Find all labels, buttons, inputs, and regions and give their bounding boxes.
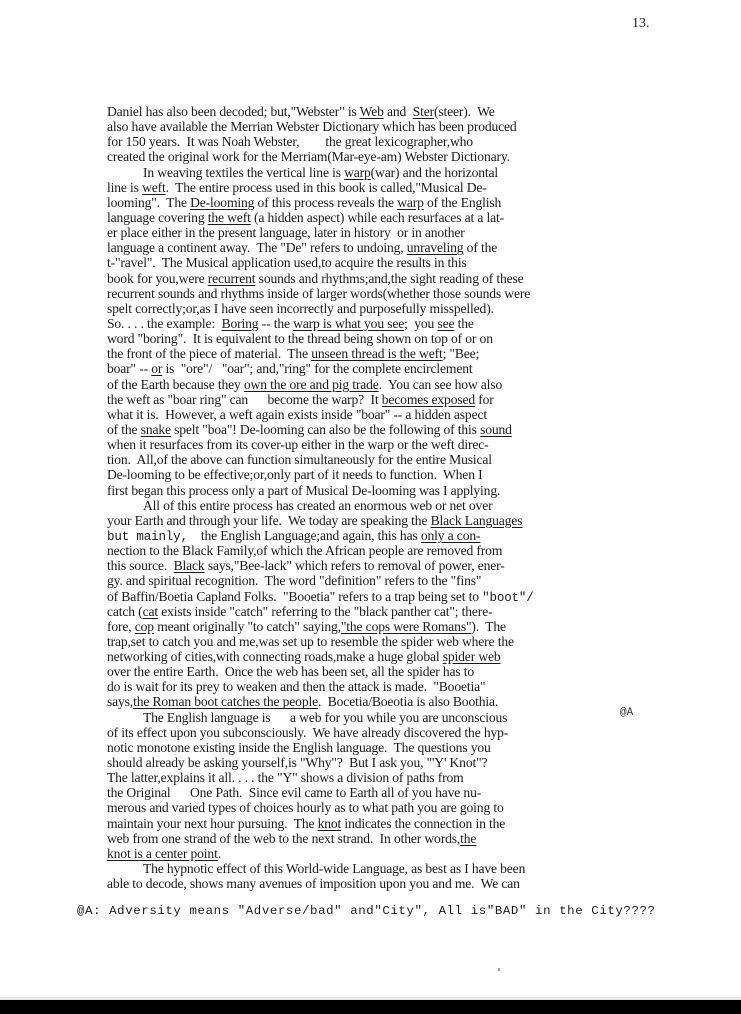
text-line: recurrent sounds and rhythms inside of l… — [107, 286, 707, 301]
text-segment: notic monotone existing inside the Engli… — [107, 740, 491, 755]
text-segment: should already be asking yourself,is "Wh… — [107, 755, 487, 770]
text-segment: merous and varied types of choices hourl… — [107, 800, 504, 815]
text-segment: the — [454, 316, 473, 331]
text-segment: able to decode, shows many avenues of im… — [107, 876, 520, 891]
underlined-text: spider web — [443, 649, 501, 664]
underlined-text: own the ore and pig trade — [244, 377, 379, 392]
text-line: gy. and spiritual recognition. The word … — [107, 573, 707, 588]
text-segment: of the — [107, 422, 141, 437]
text-line: The English language is a web for you wh… — [107, 710, 707, 725]
text-segment: of its effect upon you subconsciously. W… — [107, 725, 508, 740]
text-segment: first began this process only a part of … — [107, 483, 500, 498]
underlined-text: Ster — [413, 104, 434, 119]
text-line: line is weft. The entire process used in… — [107, 180, 707, 195]
text-segment: sounds and rhythms;and,the sight reading… — [255, 271, 523, 286]
text-segment: created the original work for the Merria… — [107, 149, 510, 164]
text-line: knot is a center point. — [107, 846, 707, 861]
text-segment: of this process reveals the — [254, 195, 397, 210]
text-segment: De-looming to be effective;or,only part … — [107, 467, 482, 482]
text-line: first began this process only a part of … — [107, 483, 707, 498]
text-line: the Original One Path. Since evil came t… — [107, 785, 707, 800]
text-line: when it resurfaces from its cover-up eit… — [107, 437, 707, 452]
underlined-text: only a con- — [421, 528, 481, 543]
text-line: merous and varied types of choices hourl… — [107, 800, 707, 815]
text-segment: (a hidden aspect) while each resurfaces … — [251, 210, 504, 225]
text-line: of the snake spelt "boa"! De-looming can… — [107, 422, 707, 437]
body-text: Daniel has also been decoded; but,"Webst… — [107, 104, 707, 891]
text-segment: maintain your next hour pursuing. The — [107, 816, 318, 831]
text-line: maintain your next hour pursuing. The kn… — [107, 816, 707, 831]
text-line: fore, cop meant originally "to catch" sa… — [107, 619, 707, 634]
underlined-text: Black — [174, 558, 205, 573]
underlined-text: warp — [397, 195, 424, 210]
footnote: @A: Adversity means "Adverse/bad" and"Ci… — [77, 904, 656, 918]
text-segment: spelt correctly;or,as I have seen incorr… — [107, 301, 494, 316]
text-segment: "boot"/ — [482, 591, 533, 605]
text-segment: of the English — [424, 195, 501, 210]
underlined-text: the Roman boot catches the people — [133, 694, 318, 709]
text-line: also have available the Merrian Webster … — [107, 119, 707, 134]
text-line: All of this entire process has created a… — [107, 498, 707, 513]
underlined-text: cop — [135, 619, 154, 634]
text-segment: tion. All,of the above can function simu… — [107, 452, 492, 467]
text-segment: meant originally "to catch" saying, — [154, 619, 341, 634]
text-line: says,the Roman boot catches the people. … — [107, 694, 707, 709]
underlined-text: Black Languages — [431, 513, 523, 528]
text-segment: In weaving textiles the vertical line is — [143, 165, 344, 180]
text-segment: says,"Bee-lack" which refers to removal … — [205, 558, 505, 573]
text-segment: this source. — [107, 558, 174, 573]
text-line: for 150 years. It was Noah Webster, the … — [107, 134, 707, 149]
text-line: should already be asking yourself,is "Wh… — [107, 755, 707, 770]
text-segment: fore, — [107, 619, 135, 634]
text-segment: ; you — [404, 316, 437, 331]
underlined-text: the — [460, 831, 476, 846]
text-line: spelt correctly;or,as I have seen incorr… — [107, 301, 707, 316]
underlined-text: becomes exposed — [382, 392, 475, 407]
text-line: boar" -- or is "ore"/ "oar"; and,"ring" … — [107, 361, 707, 376]
text-segment: do is wait for its prey to weaken and th… — [107, 679, 485, 694]
text-line: er place either in the present language,… — [107, 225, 707, 240]
text-line: this source. Black says,"Bee-lack" which… — [107, 558, 707, 573]
text-segment: The latter,explains it all. . . . the "Y… — [107, 770, 464, 785]
text-segment: er place either in the present language,… — [107, 225, 465, 240]
text-segment: boar" -- — [107, 361, 151, 376]
text-segment: of Baffin/Boetia Capland Folks. "Booetia… — [107, 589, 482, 604]
text-segment: The English language is a web for you wh… — [143, 710, 507, 725]
underlined-text: see — [437, 316, 454, 331]
underlined-text: Boring — [222, 316, 259, 331]
text-line: Daniel has also been decoded; but,"Webst… — [107, 104, 707, 119]
text-segment: of the — [463, 240, 497, 255]
text-line: The latter,explains it all. . . . the "Y… — [107, 770, 707, 785]
text-segment: indicates the connection in the — [341, 816, 505, 831]
text-segment: looming". The — [107, 195, 190, 210]
text-segment: So. . . . the example: — [107, 316, 222, 331]
underlined-text: knot — [318, 816, 342, 831]
text-line: of Baffin/Boetia Capland Folks. "Booetia… — [107, 589, 707, 604]
text-line: trap,set to catch you and me,was set up … — [107, 634, 707, 649]
text-line: So. . . . the example: Boring -- the war… — [107, 316, 707, 331]
text-segment: for — [475, 392, 494, 407]
text-segment: language a continent away. The "De" refe… — [107, 240, 407, 255]
text-segment: and — [384, 104, 413, 119]
text-line: networking of cities,with connecting roa… — [107, 649, 707, 664]
text-line: nection to the Black Family,of which the… — [107, 543, 707, 558]
footnote-marker: @A — [620, 707, 633, 719]
underlined-text: sound — [480, 422, 512, 437]
text-segment: also have available the Merrian Webster … — [107, 119, 517, 134]
underlined-text: warp is what you see — [293, 316, 404, 331]
text-segment: Daniel has also been decoded; but,"Webst… — [107, 104, 360, 119]
text-segment: -- the — [258, 316, 293, 331]
text-segment: language covering — [107, 210, 208, 225]
text-segment: trap,set to catch you and me,was set up … — [107, 634, 514, 649]
text-segment: web from one strand of the web to the ne… — [107, 831, 460, 846]
text-segment: All of this entire process has created a… — [143, 498, 492, 513]
text-segment: the front of the piece of material. The — [107, 346, 311, 361]
text-segment: spelt "boa"! De-looming can also be the … — [171, 422, 480, 437]
underlined-text: recurrent — [208, 271, 256, 286]
page-number: 13. — [632, 16, 650, 32]
text-segment: of the Earth because they — [107, 377, 244, 392]
text-line: language covering the weft (a hidden asp… — [107, 210, 707, 225]
text-segment: (war) and the horizontal — [371, 165, 498, 180]
text-line: of the Earth because they own the ore an… — [107, 377, 707, 392]
text-line: do is wait for its prey to weaken and th… — [107, 679, 707, 694]
text-segment: what it is. However, a weft again exists… — [107, 407, 487, 422]
text-segment: the Original One Path. Since evil came t… — [107, 785, 481, 800]
text-line: what it is. However, a weft again exists… — [107, 407, 707, 422]
underlined-text: or — [151, 361, 162, 376]
text-line: notic monotone existing inside the Engli… — [107, 740, 707, 755]
scan-speck — [498, 968, 500, 971]
text-line: The hypnotic effect of this World-wide L… — [107, 861, 707, 876]
text-segment: (steer). We — [434, 104, 495, 119]
text-line: the weft as "boar ring" can become the w… — [107, 392, 707, 407]
text-segment: The hypnotic effect of this World-wide L… — [143, 861, 525, 876]
text-line: t-"ravel". The Musical application used,… — [107, 255, 707, 270]
text-line: over the entire Earth. Once the web has … — [107, 664, 707, 679]
text-line: able to decode, shows many avenues of im… — [107, 876, 707, 891]
text-line: word "boring". It is equivalent to the t… — [107, 331, 707, 346]
text-line: In weaving textiles the vertical line is… — [107, 165, 707, 180]
text-segment: . — [218, 846, 221, 861]
text-segment: the weft as "boar ring" can become the w… — [107, 392, 382, 407]
underlined-text: unseen thread is the weft — [311, 346, 442, 361]
underlined-text: "the cops were Romans" — [341, 619, 472, 634]
text-segment: is "ore"/ "oar"; and,"ring" for the comp… — [162, 361, 472, 376]
text-segment: recurrent sounds and rhythms inside of l… — [107, 286, 530, 301]
text-segment: . You can see how also — [379, 377, 502, 392]
text-segment: book for you,were — [107, 271, 208, 286]
text-line: your Earth and through your life. We tod… — [107, 513, 707, 528]
text-line: looming". The De-looming of this process… — [107, 195, 707, 210]
underlined-text: weft — [142, 180, 166, 195]
text-segment: gy. and spiritual recognition. The word … — [107, 573, 481, 588]
text-segment: but mainly, — [107, 530, 188, 544]
text-segment: line is — [107, 180, 142, 195]
text-line: language a continent away. The "De" refe… — [107, 240, 707, 255]
text-segment: for 150 years. It was Noah Webster, the … — [107, 134, 473, 149]
text-segment: when it resurfaces from its cover-up eit… — [107, 437, 489, 452]
text-line: but mainly, the English Language;and aga… — [107, 528, 707, 543]
underlined-text: knot is a center point — [107, 846, 218, 861]
text-line: catch (cat exists inside "catch" referri… — [107, 604, 707, 619]
underlined-text: Web — [360, 104, 384, 119]
text-line: web from one strand of the web to the ne… — [107, 831, 707, 846]
text-line: De-looming to be effective;or,only part … — [107, 467, 707, 482]
text-segment: over the entire Earth. Once the web has … — [107, 664, 474, 679]
text-segment: the English Language;and again, this has — [188, 528, 421, 543]
text-segment: t-"ravel". The Musical application used,… — [107, 255, 467, 270]
text-segment: networking of cities,with connecting roa… — [107, 649, 443, 664]
text-segment: ; "Bee; — [443, 346, 480, 361]
underlined-text: snake — [141, 422, 171, 437]
text-segment: your Earth and through your life. We tod… — [107, 513, 431, 528]
text-segment: ). The — [471, 619, 506, 634]
text-line: of its effect upon you subconsciously. W… — [107, 725, 707, 740]
text-line: book for you,were recurrent sounds and r… — [107, 271, 707, 286]
underlined-text: cat — [143, 604, 158, 619]
text-line: tion. All,of the above can function simu… — [107, 452, 707, 467]
text-segment: . The entire process used in this book i… — [166, 180, 487, 195]
underlined-text: unraveling — [407, 240, 464, 255]
text-segment: nection to the Black Family,of which the… — [107, 543, 502, 558]
text-line: created the original work for the Merria… — [107, 149, 707, 164]
text-segment: exists inside "catch" referring to the "… — [158, 604, 492, 619]
text-segment: says, — [107, 694, 133, 709]
text-segment: . Bocetia/Boeotia is also Boothia. — [318, 694, 498, 709]
scan-border — [0, 1000, 741, 1014]
text-segment: word "boring". It is equivalent to the t… — [107, 331, 493, 346]
underlined-text: De-looming — [190, 195, 254, 210]
text-segment: catch ( — [107, 604, 143, 619]
underlined-text: warp — [344, 165, 371, 180]
underlined-text: the weft — [208, 210, 251, 225]
document-page: 13. Daniel has also been decoded; but,"W… — [0, 0, 741, 1014]
text-line: the front of the piece of material. The … — [107, 346, 707, 361]
